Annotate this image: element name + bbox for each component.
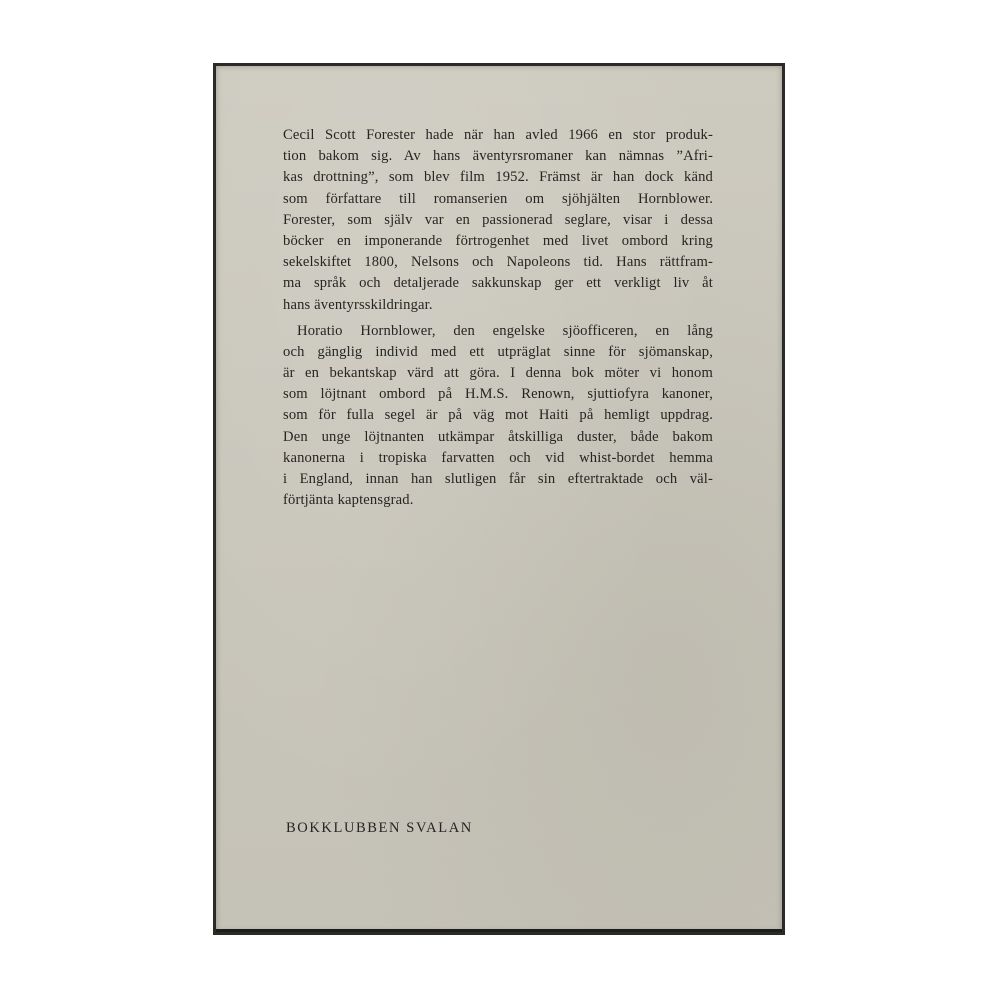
text-line: ma språk och detaljerade sakkunskap ger … xyxy=(283,273,713,294)
text-line: Cecil Scott Forester hade när han avled … xyxy=(283,125,713,146)
text-line: som löjtnant ombord på H.M.S. Renown, sj… xyxy=(283,384,713,405)
text-line: Horatio Hornblower, den engelske sjöoffi… xyxy=(283,321,713,342)
text-line: Den unge löjtnanten utkämpar åtskilliga … xyxy=(283,427,713,448)
text-line: hans äventyrsskildringar. xyxy=(283,295,713,316)
text-line: i England, innan han slutligen får sin e… xyxy=(283,469,713,490)
text-line: böcker en imponerande förtrogenhet med l… xyxy=(283,231,713,252)
text-line: Forester, som själv var en passionerad s… xyxy=(283,210,713,231)
text-line: sekelskiftet 1800, Nelsons och Napoleons… xyxy=(283,252,713,273)
text-line: tion bakom sig. Av hans äventyrsromaner … xyxy=(283,146,713,167)
paragraph-1: Cecil Scott Forester hade när han avled … xyxy=(283,125,713,316)
publisher-imprint: BOKKLUBBEN SVALAN xyxy=(286,820,473,837)
book-back-cover: Cecil Scott Forester hade när han avled … xyxy=(213,63,785,935)
text-line: kas drottning”, som blev film 1952. Främ… xyxy=(283,167,713,188)
text-line: förtjänta kaptensgrad. xyxy=(283,490,713,511)
text-line: och gänglig individ med ett utpräglat si… xyxy=(283,342,713,363)
text-line: som för fulla segel är på väg mot Haiti … xyxy=(283,405,713,426)
paragraph-2: Horatio Hornblower, den engelske sjöoffi… xyxy=(283,321,713,512)
text-line: som författare till romanserien om sjöhj… xyxy=(283,189,713,210)
blurb-text: Cecil Scott Forester hade när han avled … xyxy=(283,125,713,511)
text-line: kanonerna i tropiska farvatten och vid w… xyxy=(283,448,713,469)
text-line: är en bekantskap värd att göra. I denna … xyxy=(283,363,713,384)
